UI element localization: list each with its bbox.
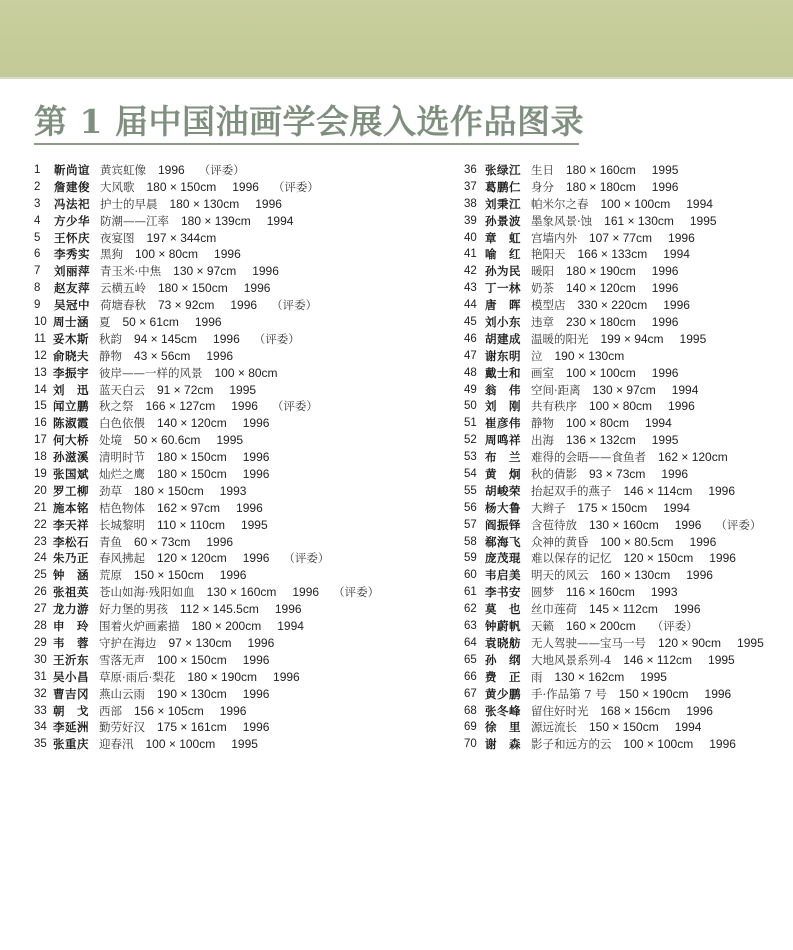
artwork-title: 蓝天白云	[99, 382, 145, 399]
entry-number: 30	[34, 652, 53, 669]
artwork-dimensions: 91 × 72cm	[157, 382, 213, 399]
artwork-title: 灿烂之鹰	[99, 466, 145, 483]
artwork-dimensions: 130 × 97cm	[593, 382, 656, 399]
artist-name: 钟蔚帆	[485, 618, 521, 635]
artwork-dimensions: 180 × 150cm	[157, 466, 227, 483]
artwork-year: 1996	[243, 415, 270, 432]
entry-number: 61	[464, 584, 485, 601]
artwork-title: 静物	[531, 415, 554, 432]
artwork-year: 1996	[214, 246, 241, 263]
artwork-dimensions: 197 × 344cm	[147, 230, 217, 247]
artwork-year: 1996	[686, 703, 713, 720]
juror-note: （评委）	[333, 584, 379, 601]
catalog-entry: 46 胡建成 温暖的阳光 199 × 94cm 1995	[464, 331, 778, 348]
catalog-entry: 35 张重庆 迎春汛 100 × 100cm 1995	[34, 736, 379, 753]
artist-name: 刘 迅	[53, 382, 89, 399]
artist-name: 张国斌	[53, 466, 89, 483]
artist-name: 谢东明	[485, 348, 521, 365]
artwork-title: 模型店	[531, 297, 566, 314]
artist-name: 张祖英	[53, 584, 89, 601]
catalog-entry: 15 闻立鹏 秋之祭 166 × 127cm 1996 （评委）	[34, 398, 379, 415]
artwork-dimensions: 43 × 56cm	[134, 348, 190, 365]
artwork-year: 1996	[709, 736, 736, 753]
artwork-dimensions: 180 × 130cm	[170, 196, 240, 213]
entry-number: 42	[464, 263, 485, 280]
artwork-dimensions: 140 × 120cm	[566, 280, 636, 297]
artwork-title: 清明时节	[99, 449, 145, 466]
artwork-title: 雨	[531, 669, 543, 686]
artwork-year: 1996	[248, 635, 275, 652]
artwork-dimensions: 190 × 130cm	[555, 348, 625, 365]
artwork-year: 1994	[672, 382, 699, 399]
catalog-entry: 57 阎振铎 含苞待放 130 × 160cm 1996 （评委）	[464, 517, 778, 534]
catalog-entry: 70 谢 森 影子和远方的云 100 × 100cm 1996	[464, 736, 778, 753]
artwork-title: 苍山如海·残阳如血	[99, 584, 195, 601]
artwork-title: 大风歌	[100, 179, 135, 196]
artist-name: 袁晓舫	[485, 635, 521, 652]
artist-name: 张重庆	[53, 736, 89, 753]
artwork-title: 影子和远方的云	[531, 736, 612, 753]
artwork-year: 1994	[645, 415, 672, 432]
entry-number: 14	[34, 382, 53, 399]
entry-number: 70	[464, 736, 485, 753]
artist-name: 何大桥	[53, 432, 89, 449]
artwork-dimensions: 100 × 80cm	[215, 365, 278, 382]
artist-name: 闻立鹏	[53, 398, 89, 415]
catalog-entry: 45 刘小东 违章 230 × 180cm 1996	[464, 314, 778, 331]
entry-number: 58	[464, 534, 485, 551]
catalog-entry: 53 布 兰 难得的会晤——食鱼者 162 × 120cm	[464, 449, 778, 466]
artist-name: 黄少鹏	[485, 686, 521, 703]
artwork-title: 宫墙内外	[531, 230, 577, 247]
catalog-entry: 19 张国斌 灿烂之鹰 180 × 150cm 1996	[34, 466, 379, 483]
artwork-title: 勤劳好汉	[99, 719, 145, 736]
artwork-year: 1996	[244, 280, 271, 297]
entry-number: 1	[34, 162, 54, 179]
artwork-dimensions: 120 × 90cm	[658, 635, 721, 652]
artist-name: 朝 戈	[53, 703, 89, 720]
artwork-year: 1996	[220, 567, 247, 584]
artwork-title: 留住好时光	[531, 703, 589, 720]
artwork-dimensions: 156 × 105cm	[134, 703, 204, 720]
catalog-entry: 64 袁晓舫 无人驾驶——宝马一号 120 × 90cm 1995	[464, 635, 778, 652]
artist-name: 王沂东	[53, 652, 89, 669]
artwork-dimensions: 100 × 80.5cm	[601, 534, 674, 551]
artist-name: 赵友萍	[54, 280, 90, 297]
artist-name: 龙力游	[53, 601, 89, 618]
artist-name: 莫 也	[485, 601, 521, 618]
entry-number: 23	[34, 534, 53, 551]
entry-number: 22	[34, 517, 53, 534]
catalog-entry: 12 俞晓夫 静物 43 × 56cm 1996	[34, 348, 379, 365]
artwork-year: 1996	[195, 314, 222, 331]
artwork-title: 明天的风云	[531, 567, 589, 584]
entry-number: 2	[34, 179, 54, 196]
entry-number: 34	[34, 719, 53, 736]
artist-name: 钟 涵	[53, 567, 89, 584]
entry-number: 60	[464, 567, 485, 584]
entry-number: 26	[34, 584, 53, 601]
artwork-title: 夜宴图	[100, 230, 135, 247]
catalog-entry: 16 陈淑霞 白色依偎 140 × 120cm 1996	[34, 415, 379, 432]
artwork-title: 无人驾驶——宝马一号	[531, 635, 646, 652]
artist-name: 庞茂琨	[485, 550, 521, 567]
artist-name: 丁一林	[485, 280, 521, 297]
artwork-year: 1996	[652, 314, 679, 331]
decorative-header-band	[0, 0, 793, 79]
entry-number: 54	[464, 466, 485, 483]
artwork-year: 1996	[708, 483, 735, 500]
artwork-dimensions: 180 × 190cm	[187, 669, 257, 686]
catalog-entry: 23 李松石 青鱼 60 × 73cm 1996	[34, 534, 379, 551]
artist-name: 孙景波	[485, 213, 521, 230]
artwork-year: 1996	[206, 348, 233, 365]
artwork-title: 夏	[99, 314, 111, 331]
entry-number: 64	[464, 635, 485, 652]
entry-number: 69	[464, 719, 485, 736]
artwork-year: 1995	[652, 432, 679, 449]
artwork-year: 1996	[243, 550, 270, 567]
artist-name: 喻 红	[485, 246, 521, 263]
artwork-title: 雪落无声	[99, 652, 145, 669]
artwork-title: 奶茶	[531, 280, 554, 297]
catalog-entry: 18 孙滋溪 清明时节 180 × 150cm 1996	[34, 449, 379, 466]
page-title: 第 1 届中国油画学会展入选作品图录	[34, 103, 584, 141]
artwork-dimensions: 146 × 112cm	[623, 652, 692, 669]
entry-number: 38	[464, 196, 485, 213]
catalog-entry: 34 李延洲 勤劳好汉 175 × 161cm 1996	[34, 719, 379, 736]
catalog-entry: 67 黄少鹏 手·作品第 7 号 150 × 190cm 1996	[464, 686, 778, 703]
artwork-year: 1996	[652, 179, 679, 196]
artist-name: 葛鹏仁	[485, 179, 521, 196]
entry-number: 18	[34, 449, 53, 466]
artwork-year: 1996	[690, 534, 717, 551]
catalog-entry: 49 翁 伟 空间·距离 130 × 97cm 1994	[464, 382, 778, 399]
catalog-entry: 21 施本铭 桔色物体 162 × 97cm 1996	[34, 500, 379, 517]
artwork-dimensions: 175 × 161cm	[157, 719, 227, 736]
catalog-entry: 44 唐 晖 模型店 330 × 220cm 1996	[464, 297, 778, 314]
artwork-dimensions: 107 × 77cm	[589, 230, 652, 247]
artwork-title: 黄宾虹像	[100, 162, 146, 179]
artist-name: 郗海飞	[485, 534, 521, 551]
artist-name: 吴冠中	[54, 297, 90, 314]
artwork-dimensions: 130 × 160cm	[589, 517, 659, 534]
entry-number: 33	[34, 703, 53, 720]
artwork-title: 草原·雨后·梨花	[99, 669, 175, 686]
entry-number: 53	[464, 449, 485, 466]
entry-number: 63	[464, 618, 485, 635]
catalog-entry: 63 钟蔚帆 天籁 160 × 200cm （评委）	[464, 618, 778, 635]
catalog-entry: 48 戴士和 画室 100 × 100cm 1996	[464, 365, 778, 382]
artwork-year: 1996	[668, 230, 695, 247]
artist-name: 孙为民	[485, 263, 521, 280]
catalog-entry: 69 徐 里 源远流长 150 × 150cm 1994	[464, 719, 778, 736]
artwork-year: 1995	[737, 635, 764, 652]
artwork-year: 1996	[213, 331, 240, 348]
artwork-title: 云横五岭	[100, 280, 146, 297]
artist-name: 胡峻荣	[485, 483, 521, 500]
artist-name: 方少华	[54, 213, 90, 230]
artwork-title: 空间·距离	[531, 382, 581, 399]
entry-number: 12	[34, 348, 53, 365]
artwork-dimensions: 140 × 120cm	[157, 415, 227, 432]
catalog-entry: 25 钟 涵 荒原 150 × 150cm 1996	[34, 567, 379, 584]
catalog-entry: 41 喻 红 艳阳天 166 × 133cm 1994	[464, 246, 778, 263]
catalog-entry: 24 朱乃正 春风拂起 120 × 120cm 1996 （评委）	[34, 550, 379, 567]
artwork-title: 难得的会晤——食鱼者	[531, 449, 646, 466]
entry-number: 37	[464, 179, 485, 196]
catalog-entry: 36 张绿江 生日 180 × 160cm 1995	[464, 162, 778, 179]
artist-name: 韦启美	[485, 567, 521, 584]
artist-name: 周士涵	[53, 314, 89, 331]
entry-number: 35	[34, 736, 53, 753]
artist-name: 妥木斯	[53, 331, 89, 348]
artwork-title: 艳阳天	[531, 246, 566, 263]
artwork-dimensions: 168 × 156cm	[601, 703, 671, 720]
artwork-dimensions: 94 × 145cm	[134, 331, 197, 348]
artwork-title: 画室	[531, 365, 554, 382]
artwork-dimensions: 120 × 150cm	[624, 550, 694, 567]
entry-number: 17	[34, 432, 53, 449]
artwork-dimensions: 175 × 150cm	[578, 500, 648, 517]
artwork-dimensions: 100 × 100cm	[566, 365, 636, 382]
artwork-dimensions: 100 × 100cm	[601, 196, 671, 213]
artist-name: 徐 里	[485, 719, 521, 736]
entry-number: 20	[34, 483, 53, 500]
juror-note: （评委）	[271, 297, 317, 314]
catalog-entry: 30 王沂东 雪落无声 100 × 150cm 1996	[34, 652, 379, 669]
artwork-title: 好力堡的男孩	[99, 601, 168, 618]
artist-name: 冯法祀	[54, 196, 90, 213]
artwork-year: 1996	[236, 500, 263, 517]
artwork-year: 1996	[674, 601, 701, 618]
title-underline	[34, 143, 579, 145]
catalog-entry: 5 王怀庆 夜宴图 197 × 344cm	[34, 230, 379, 247]
juror-note: （评委）	[283, 550, 329, 567]
entry-number: 48	[464, 365, 485, 382]
entry-number: 66	[464, 669, 485, 686]
entry-number: 25	[34, 567, 53, 584]
artwork-title: 含苞待放	[531, 517, 577, 534]
artwork-title: 围着火炉画素描	[99, 618, 180, 635]
artwork-title: 生日	[531, 162, 554, 179]
artwork-year: 1996	[292, 584, 319, 601]
artwork-year: 1996	[158, 162, 185, 179]
artwork-title: 抬起双手的燕子	[531, 483, 612, 500]
artwork-dimensions: 100 × 80cm	[566, 415, 629, 432]
entry-number: 45	[464, 314, 485, 331]
artwork-title: 长城黎明	[99, 517, 145, 534]
artwork-dimensions: 180 × 180cm	[566, 179, 636, 196]
catalog-entry: 10 周士涵 夏 50 × 61cm 1996	[34, 314, 379, 331]
catalog-entry: 11 妥木斯 秋韵 94 × 145cm 1996 （评委）	[34, 331, 379, 348]
artwork-dimensions: 112 × 145.5cm	[180, 601, 259, 618]
entry-number: 43	[464, 280, 485, 297]
entry-number: 62	[464, 601, 485, 618]
artwork-dimensions: 110 × 110cm	[157, 517, 225, 534]
catalog-entry: 39 孙景波 墨象风景·蚀 161 × 130cm 1995	[464, 213, 778, 230]
artwork-dimensions: 190 × 130cm	[157, 686, 227, 703]
catalog-entry: 38 刘秉江 帕米尔之春 100 × 100cm 1994	[464, 196, 778, 213]
artwork-dimensions: 150 × 150cm	[589, 719, 659, 736]
juror-note: （评委）	[254, 331, 300, 348]
entry-number: 13	[34, 365, 53, 382]
artist-name: 施本铭	[53, 500, 89, 517]
artwork-title: 护士的早晨	[100, 196, 158, 213]
artwork-year: 1996	[675, 517, 702, 534]
entry-number: 6	[34, 246, 54, 263]
artist-name: 周鸣祥	[485, 432, 521, 449]
entry-number: 49	[464, 382, 485, 399]
artwork-dimensions: 130 × 160cm	[207, 584, 277, 601]
artwork-title: 荷塘春秋	[100, 297, 146, 314]
artwork-year: 1996	[243, 449, 270, 466]
entry-number: 11	[34, 331, 53, 348]
artwork-dimensions: 100 × 150cm	[157, 652, 227, 669]
artwork-dimensions: 180 × 150cm	[134, 483, 204, 500]
entry-number: 46	[464, 331, 485, 348]
artist-name: 李振宇	[53, 365, 89, 382]
catalog-entry: 9 吴冠中 荷塘春秋 73 × 92cm 1996 （评委）	[34, 297, 379, 314]
artwork-dimensions: 93 × 73cm	[589, 466, 645, 483]
artist-name: 孙滋溪	[53, 449, 89, 466]
artist-name: 刘秉江	[485, 196, 521, 213]
artwork-dimensions: 199 × 94cm	[601, 331, 664, 348]
artwork-title: 难以保存的记忆	[531, 550, 612, 567]
catalog-entry: 3 冯法祀 护士的早晨 180 × 130cm 1996	[34, 196, 379, 213]
artwork-year: 1996	[243, 686, 270, 703]
artwork-title: 春风拂起	[99, 550, 145, 567]
artwork-title: 彼岸——一样的风景	[99, 365, 203, 382]
artwork-title: 处境	[99, 432, 122, 449]
artwork-year: 1996	[275, 601, 302, 618]
artwork-year: 1996	[232, 179, 259, 196]
catalog-left-column: 1 靳尚谊 黄宾虹像 1996 （评委） 2 詹建俊 大风歌 180 × 150…	[34, 162, 379, 753]
artwork-dimensions: 180 × 190cm	[566, 263, 636, 280]
artist-name: 曹吉冈	[53, 686, 89, 703]
artist-name: 孙 纲	[485, 652, 521, 669]
entry-number: 15	[34, 398, 53, 415]
artwork-title: 共有秩序	[531, 398, 577, 415]
artwork-year: 1995	[241, 517, 268, 534]
artwork-year: 1995	[216, 432, 243, 449]
artwork-title: 出海	[531, 432, 554, 449]
artist-name: 韦 蓉	[53, 635, 89, 652]
catalog-entry: 47 谢东明 泣 190 × 130cm	[464, 348, 778, 365]
artwork-year: 1996	[705, 686, 732, 703]
artwork-dimensions: 230 × 180cm	[566, 314, 636, 331]
juror-note: （评委）	[652, 618, 698, 635]
artwork-dimensions: 100 × 80cm	[135, 246, 198, 263]
catalog-entry: 65 孙 纲 大地风景系列-4 146 × 112cm 1995	[464, 652, 778, 669]
artwork-title: 身分	[531, 179, 554, 196]
artist-name: 谢 森	[485, 736, 521, 753]
catalog-entry: 54 黄 炯 秋的倩影 93 × 73cm 1996	[464, 466, 778, 483]
entry-number: 57	[464, 517, 485, 534]
artist-name: 翁 伟	[485, 382, 521, 399]
catalog-entry: 60 韦启美 明天的风云 160 × 130cm 1996	[464, 567, 778, 584]
artwork-title: 暖阳	[531, 263, 554, 280]
artist-name: 王怀庆	[54, 230, 90, 247]
artwork-year: 1996	[652, 263, 679, 280]
artwork-dimensions: 100 × 100cm	[146, 736, 216, 753]
catalog-entry: 20 罗工柳 劲草 180 × 150cm 1993	[34, 483, 379, 500]
juror-note: （评委）	[715, 517, 761, 534]
artwork-dimensions: 146 × 114cm	[624, 483, 693, 500]
artwork-year: 1994	[267, 213, 294, 230]
artwork-year: 1996	[686, 567, 713, 584]
artwork-year: 1994	[686, 196, 713, 213]
artwork-dimensions: 50 × 60.6cm	[134, 432, 200, 449]
artwork-title: 桔色物体	[99, 500, 145, 517]
catalog-entry: 52 周鸣祥 出海 136 × 132cm 1995	[464, 432, 778, 449]
entry-number: 56	[464, 500, 485, 517]
artwork-year: 1994	[663, 500, 690, 517]
catalog-entry: 26 张祖英 苍山如海·残阳如血 130 × 160cm 1996 （评委）	[34, 584, 379, 601]
catalog-entry: 32 曹吉冈 燕山云雨 190 × 130cm 1996	[34, 686, 379, 703]
artwork-year: 1996	[661, 466, 688, 483]
artwork-dimensions: 100 × 100cm	[624, 736, 694, 753]
entry-number: 65	[464, 652, 485, 669]
artwork-title: 黑狗	[100, 246, 123, 263]
artwork-title: 守护在海边	[99, 635, 157, 652]
artwork-dimensions: 50 × 61cm	[123, 314, 179, 331]
entry-number: 31	[34, 669, 53, 686]
artwork-title: 静物	[99, 348, 122, 365]
artwork-title: 违章	[531, 314, 554, 331]
artist-name: 李书安	[485, 584, 521, 601]
artist-name: 崔彦伟	[485, 415, 521, 432]
artist-name: 李松石	[53, 534, 89, 551]
entry-number: 32	[34, 686, 53, 703]
artwork-dimensions: 160 × 200cm	[566, 618, 636, 635]
catalog-entry: 1 靳尚谊 黄宾虹像 1996 （评委）	[34, 162, 379, 179]
artwork-dimensions: 150 × 190cm	[619, 686, 689, 703]
catalog-entry: 56 杨大鲁 大辫子 175 × 150cm 1994	[464, 500, 778, 517]
artwork-title: 大地风景系列-4	[531, 652, 611, 669]
artwork-title: 墨象风景·蚀	[531, 213, 592, 230]
artist-name: 李天祥	[53, 517, 89, 534]
entry-number: 9	[34, 297, 54, 314]
artwork-title: 秋韵	[99, 331, 122, 348]
artist-name: 费 正	[485, 669, 521, 686]
artwork-title: 白色依偎	[99, 415, 145, 432]
artwork-dimensions: 180 × 150cm	[158, 280, 228, 297]
artist-name: 李延洲	[53, 719, 89, 736]
artwork-title: 手·作品第 7 号	[531, 686, 607, 703]
artwork-dimensions: 120 × 120cm	[157, 550, 227, 567]
artwork-dimensions: 160 × 130cm	[601, 567, 671, 584]
catalog-right-column: 36 张绿江 生日 180 × 160cm 1995 37 葛鹏仁 身分 180…	[464, 162, 778, 753]
entry-number: 40	[464, 230, 485, 247]
catalog-entry: 7 刘丽萍 青玉米·中焦 130 × 97cm 1996	[34, 263, 379, 280]
artwork-title: 丝巾莲荷	[531, 601, 577, 618]
artwork-dimensions: 97 × 130cm	[169, 635, 232, 652]
artwork-title: 泣	[531, 348, 543, 365]
artwork-year: 1996	[220, 703, 247, 720]
artist-name: 申 玲	[53, 618, 89, 635]
artwork-dimensions: 166 × 133cm	[578, 246, 648, 263]
artwork-dimensions: 162 × 120cm	[658, 449, 728, 466]
artwork-year: 1996	[252, 263, 279, 280]
artwork-dimensions: 180 × 160cm	[566, 162, 636, 179]
artist-name: 吴小昌	[53, 669, 89, 686]
artwork-title: 大辫子	[531, 500, 566, 517]
catalog-entry: 17 何大桥 处境 50 × 60.6cm 1995	[34, 432, 379, 449]
artwork-year: 1996	[243, 719, 270, 736]
catalog-entry: 31 吴小昌 草原·雨后·梨花 180 × 190cm 1996	[34, 669, 379, 686]
artwork-year: 1995	[680, 331, 707, 348]
